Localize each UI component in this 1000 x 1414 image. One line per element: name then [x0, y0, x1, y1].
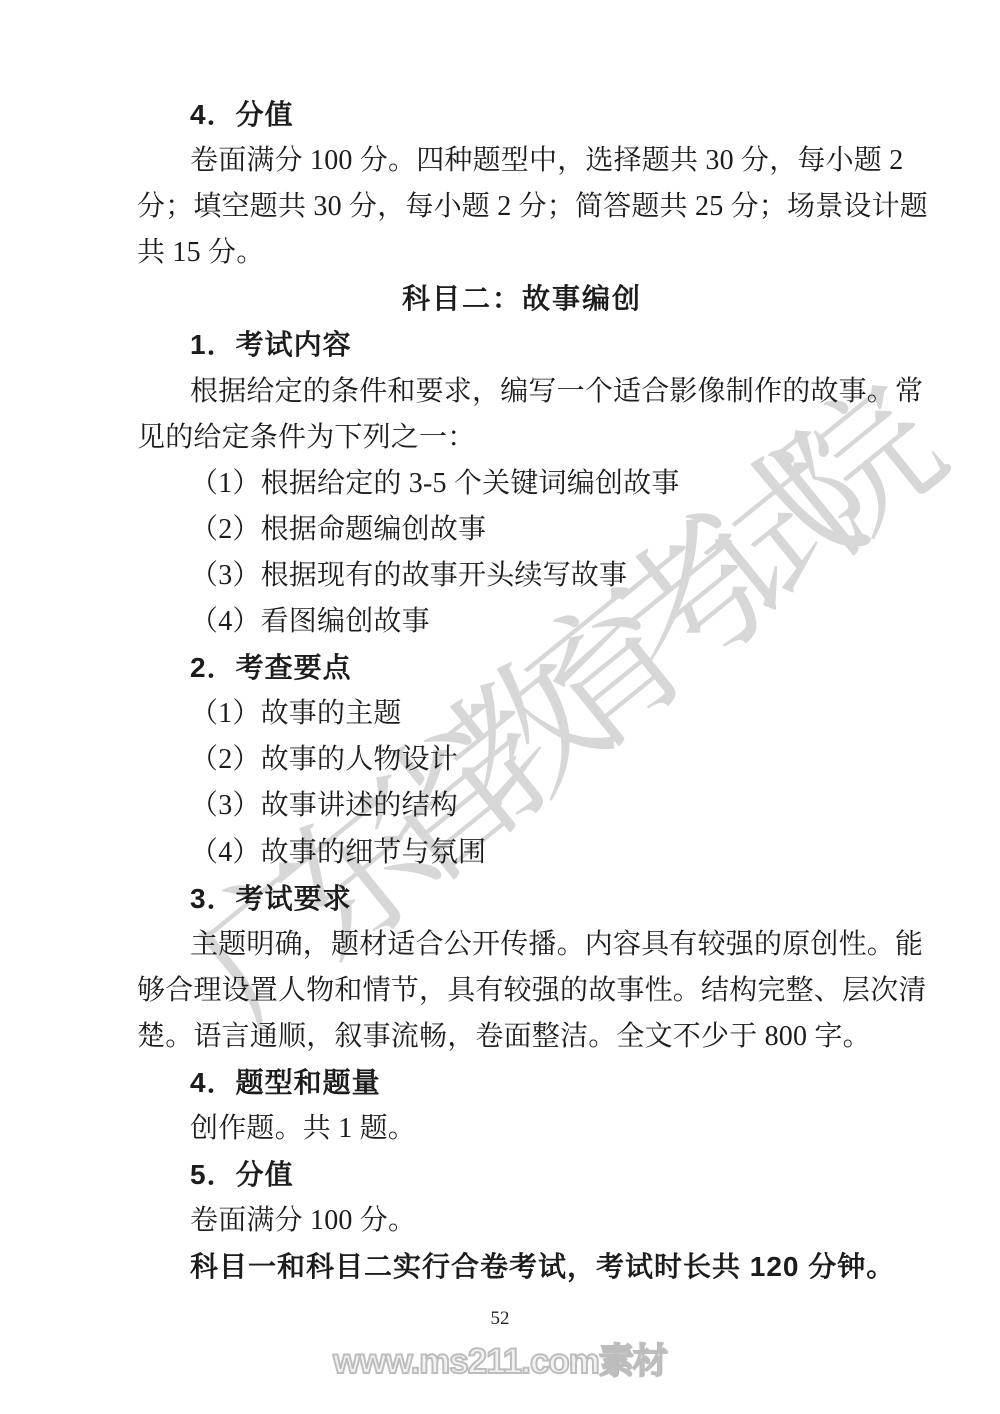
document-page: 广东省教育考试院 4．分值 卷面满分 100 分。四种题型中，选择题共 30 分…: [0, 0, 1000, 1414]
text-line: 卷面满分 100 分。: [137, 1198, 907, 1244]
section-heading: 3．考试要求: [137, 876, 907, 922]
text-line: 卷面满分 100 分。四种题型中，选择题共 30 分，每小题 2: [137, 138, 907, 184]
closing-note: 科目一和科目二实行合卷考试，考试时长共 120 分钟。: [137, 1244, 907, 1290]
text-line: 主题明确，题材适合公开传播。内容具有较强的原创性。能: [137, 922, 907, 968]
document-body: 4．分值 卷面满分 100 分。四种题型中，选择题共 30 分，每小题 2 分；…: [0, 92, 1000, 1290]
text-line: 创作题。共 1 题。: [137, 1106, 907, 1152]
list-item: （4）看图编创故事: [137, 599, 907, 645]
section-heading: 2．考查要点: [137, 645, 907, 691]
list-item: （2）根据命题编创故事: [137, 507, 907, 553]
text-line: 楚。语言通顺，叙事流畅，卷面整洁。全文不少于 800 字。: [137, 1014, 907, 1060]
subject-title: 科目二：故事编创: [137, 276, 907, 322]
section-heading: 4．分值: [137, 92, 907, 138]
section-heading: 1．考试内容: [137, 322, 907, 368]
list-item: （3）根据现有的故事开头续写故事: [137, 553, 907, 599]
text-line: 分；填空题共 30 分，每小题 2 分；简答题共 25 分；场景设计题: [137, 184, 907, 230]
text-line: 共 15 分。: [137, 230, 907, 276]
page-number: 52: [0, 1308, 1000, 1330]
list-item: （3）故事讲述的结构: [137, 783, 907, 829]
list-item: （2）故事的人物设计: [137, 737, 907, 783]
section-heading: 5．分值: [137, 1152, 907, 1198]
footer-watermark: www.ms211.com素材: [333, 1334, 667, 1384]
text-line: 根据给定的条件和要求，编写一个适合影像制作的故事。常: [137, 369, 907, 415]
list-item: （1）故事的主题: [137, 691, 907, 737]
list-item: （1）根据给定的 3-5 个关键词编创故事: [137, 461, 907, 507]
list-item: （4）故事的细节与氛围: [137, 830, 907, 876]
text-line: 够合理设置人物和情节，具有较强的故事性。结构完整、层次清: [137, 968, 907, 1014]
section-heading: 4．题型和题量: [137, 1060, 907, 1106]
text-line: 见的给定条件为下列之一：: [137, 415, 907, 461]
